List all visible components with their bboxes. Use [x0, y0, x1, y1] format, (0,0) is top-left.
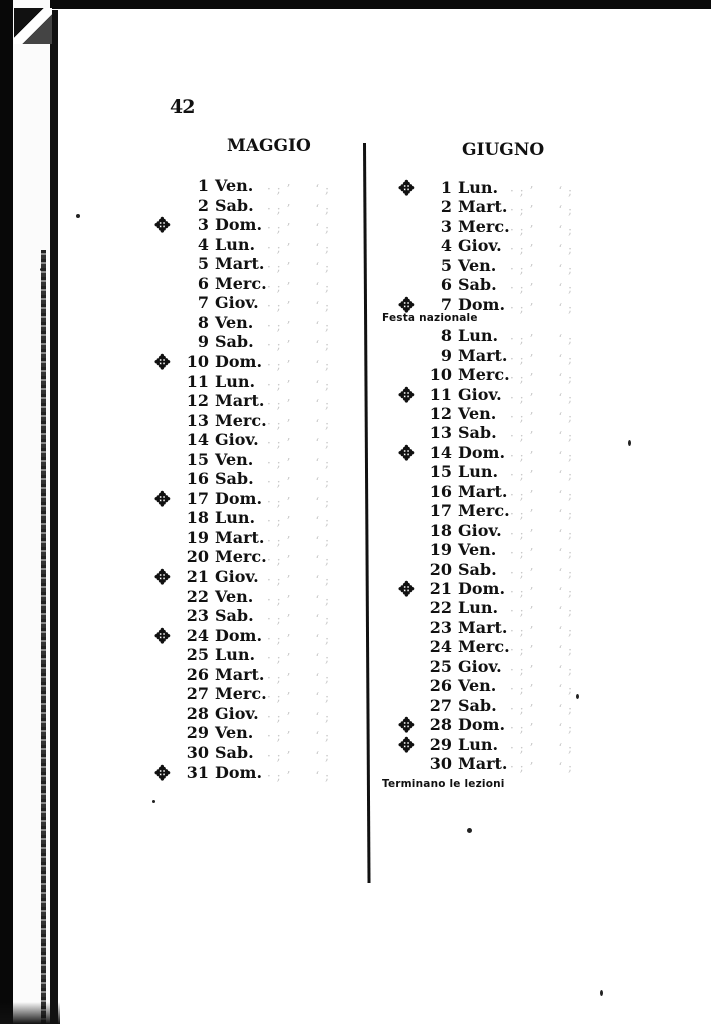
weekday-abbrev: Giov.: [215, 430, 259, 450]
weekday-abbrev: Merc.: [215, 547, 267, 567]
day-number: 2: [422, 197, 452, 217]
weekday-abbrev: Lun.: [215, 372, 255, 392]
weekday-abbrev: Lun.: [458, 598, 498, 618]
weekday-abbrev: Mart.: [215, 665, 264, 685]
weekday-abbrev: Ven.: [215, 313, 253, 333]
weekday-abbrev: Ven.: [215, 723, 253, 743]
weekday-abbrev: Lun.: [215, 645, 255, 665]
day-number: 24: [179, 626, 209, 646]
bleed-through-text: · ; ’ ‘ ;: [267, 394, 330, 414]
weekday-abbrev: Giov.: [215, 293, 259, 313]
holiday-cross-icon: ✥: [398, 385, 415, 405]
day-number: 4: [179, 235, 209, 255]
weekday-abbrev: Dom.: [458, 715, 505, 735]
bleed-through-text: · ; ’ ‘ ;: [267, 375, 330, 395]
day-number: 21: [422, 579, 452, 599]
scan-speck: [576, 694, 579, 699]
bleed-through-text: · ; ’ ‘ ;: [267, 238, 330, 258]
weekday-abbrev: Ven.: [458, 256, 496, 276]
bleed-through-text: · ; ’ ‘ ;: [267, 668, 330, 688]
bleed-through-text: · ; ’ ‘ ;: [510, 660, 573, 680]
day-number: 1: [179, 176, 209, 196]
bleed-through-text: · ; ’ ‘ ;: [510, 329, 573, 349]
weekday-abbrev: Dom.: [215, 489, 262, 509]
day-number: 4: [422, 236, 452, 256]
bleed-through-text: · ; ’ ‘ ;: [267, 726, 330, 746]
weekday-abbrev: Giov.: [215, 704, 259, 724]
scan-bottom-shadow: [0, 1002, 60, 1024]
bleed-through-text: · ; ’ ‘ ;: [510, 220, 573, 240]
weekday-abbrev: Mart.: [215, 528, 264, 548]
page-number: 42: [170, 96, 194, 118]
bleed-through-text: · ; ’ ‘ ;: [267, 179, 330, 199]
weekday-abbrev: Sab.: [215, 606, 254, 626]
weekday-abbrev: Dom.: [458, 443, 505, 463]
weekday-abbrev: Sab.: [458, 696, 497, 716]
weekday-abbrev: Sab.: [458, 423, 497, 443]
weekday-abbrev: Giov.: [458, 236, 502, 256]
bleed-through-text: · ; ’ ‘ ;: [267, 531, 330, 551]
weekday-abbrev: Mart.: [458, 618, 507, 638]
day-number: 18: [179, 508, 209, 528]
day-number: 3: [179, 215, 209, 235]
day-number: 13: [422, 423, 452, 443]
bleed-through-text: · ; ’ ‘ ;: [267, 316, 330, 336]
day-number: 29: [179, 723, 209, 743]
bleed-through-text: · ; ’ ‘ ;: [510, 679, 573, 699]
bleed-through-text: · ; ’ ‘ ;: [267, 707, 330, 727]
month-title-giugno: GIUGNO: [462, 140, 544, 160]
column-divider: [363, 143, 371, 883]
day-number: 31: [179, 763, 209, 783]
day-number: 20: [422, 560, 452, 580]
bleed-through-text: · ; ’ ‘ ;: [267, 511, 330, 531]
weekday-abbrev: Sab.: [458, 275, 497, 295]
day-number: 26: [422, 676, 452, 696]
day-number: 1: [422, 178, 452, 198]
bleed-through-text: · ; ’ ‘ ;: [267, 629, 330, 649]
day-number: 25: [179, 645, 209, 665]
day-number: 30: [422, 754, 452, 774]
bleed-through-text: · ; ’ ‘ ;: [267, 687, 330, 707]
weekday-abbrev: Lun.: [215, 235, 255, 255]
weekday-abbrev: Mart.: [215, 254, 264, 274]
scan-speck: [600, 990, 603, 996]
weekday-abbrev: Mart.: [215, 391, 264, 411]
holiday-cross-icon: ✥: [154, 489, 171, 509]
day-number: 16: [422, 482, 452, 502]
day-number: 14: [179, 430, 209, 450]
bleed-through-text: · ; ’ ‘ ;: [510, 239, 573, 259]
day-number: 11: [179, 372, 209, 392]
bleed-through-text: · ; ’ ‘ ;: [267, 570, 330, 590]
day-number: 19: [179, 528, 209, 548]
day-number: 29: [422, 735, 452, 755]
weekday-abbrev: Lun.: [458, 462, 498, 482]
weekday-abbrev: Ven.: [458, 404, 496, 424]
bleed-through-text: · ; ’ ‘ ;: [267, 472, 330, 492]
day-number: 17: [179, 489, 209, 509]
day-number: 15: [422, 462, 452, 482]
day-number: 6: [422, 275, 452, 295]
bleed-through-text: · ; ’ ‘ ;: [267, 335, 330, 355]
day-number: 14: [422, 443, 452, 463]
day-number: 10: [179, 352, 209, 372]
holiday-cross-icon: ✥: [398, 735, 415, 755]
bleed-through-text: · ; ’ ‘ ;: [267, 648, 330, 668]
day-number: 28: [179, 704, 209, 724]
weekday-abbrev: Merc.: [458, 365, 510, 385]
weekday-abbrev: Mart.: [458, 346, 507, 366]
day-number: 18: [422, 521, 452, 541]
day-number: 21: [179, 567, 209, 587]
weekday-abbrev: Dom.: [458, 579, 505, 599]
holiday-cross-icon: ✥: [398, 443, 415, 463]
bleed-through-text: · ; ’ ‘ ;: [510, 465, 573, 485]
scan-speck: [152, 800, 155, 803]
page-corner-fold: [14, 8, 52, 44]
scan-speck: [467, 828, 472, 833]
weekday-abbrev: Merc.: [458, 217, 510, 237]
bleed-through-text: · ; ’ ‘ ;: [510, 640, 573, 660]
bleed-through-text: · ; ’ ‘ ;: [510, 563, 573, 583]
bleed-through-text: · ; ’ ‘ ;: [267, 257, 330, 277]
page-fold-line: [41, 250, 46, 1024]
holiday-cross-icon: ✥: [154, 626, 171, 646]
bleed-through-text: · ; ’ ‘ ;: [510, 426, 573, 446]
weekday-abbrev: Mart.: [458, 482, 507, 502]
footer-note-terminano-le-lezioni: Terminano le lezioni: [382, 778, 505, 790]
weekday-abbrev: Ven.: [215, 450, 253, 470]
day-number: 25: [422, 657, 452, 677]
weekday-abbrev: Dom.: [215, 763, 262, 783]
weekday-abbrev: Merc.: [215, 274, 267, 294]
day-number: 24: [422, 637, 452, 657]
day-number: 9: [422, 346, 452, 366]
book-spine-edge: [0, 0, 13, 1024]
holiday-cross-icon: ✥: [154, 567, 171, 587]
holiday-cross-icon: ✥: [398, 579, 415, 599]
bleed-through-text: · ; ’ ‘ ;: [267, 355, 330, 375]
day-number: 26: [179, 665, 209, 685]
day-number: 6: [179, 274, 209, 294]
weekday-abbrev: Sab.: [215, 196, 254, 216]
day-number: 27: [422, 696, 452, 716]
day-number: 20: [179, 547, 209, 567]
bleed-through-text: · ; ’ ‘ ;: [510, 200, 573, 220]
bleed-through-text: · ; ’ ‘ ;: [510, 543, 573, 563]
scan-speck: [76, 214, 80, 218]
weekday-abbrev: Giov.: [458, 521, 502, 541]
bleed-through-text: · ; ’ ‘ ;: [510, 601, 573, 621]
day-number: 23: [422, 618, 452, 638]
weekday-abbrev: Giov.: [458, 657, 502, 677]
holiday-cross-icon: ✥: [154, 352, 171, 372]
bleed-through-text: · ; ’ ‘ ;: [267, 433, 330, 453]
weekday-abbrev: Ven.: [458, 540, 496, 560]
scan-speck: [40, 268, 44, 271]
day-number: 30: [179, 743, 209, 763]
weekday-abbrev: Merc.: [215, 411, 267, 431]
day-number: 7: [179, 293, 209, 313]
bleed-through-text: · ; ’ ‘ ;: [510, 699, 573, 719]
bleed-through-text: · ; ’ ‘ ;: [267, 296, 330, 316]
day-number: 23: [179, 606, 209, 626]
bleed-through-text: · ; ’ ‘ ;: [267, 453, 330, 473]
bleed-through-text: · ; ’ ‘ ;: [267, 414, 330, 434]
bleed-through-text: · ; ’ ‘ ;: [510, 718, 573, 738]
weekday-abbrev: Sab.: [458, 560, 497, 580]
bleed-through-text: · ; ’ ‘ ;: [510, 582, 573, 602]
weekday-abbrev: Giov.: [215, 567, 259, 587]
weekday-abbrev: Mart.: [458, 754, 507, 774]
bleed-through-text: · ; ’ ‘ ;: [510, 259, 573, 279]
bleed-through-text: · ; ’ ‘ ;: [510, 278, 573, 298]
weekday-abbrev: Lun.: [458, 326, 498, 346]
day-number: 12: [422, 404, 452, 424]
day-number: 19: [422, 540, 452, 560]
day-number: 27: [179, 684, 209, 704]
holiday-cross-icon: ✥: [398, 178, 415, 198]
bleed-through-text: · ; ’ ‘ ;: [267, 550, 330, 570]
page-inner-edge: [50, 10, 58, 1024]
day-number: 13: [179, 411, 209, 431]
weekday-abbrev: Lun.: [458, 178, 498, 198]
weekday-abbrev: Lun.: [215, 508, 255, 528]
bleed-through-text: · ; ’ ‘ ;: [267, 590, 330, 610]
day-number: 8: [179, 313, 209, 333]
weekday-abbrev: Giov.: [458, 385, 502, 405]
bleed-through-text: · ; ’ ‘ ;: [510, 388, 573, 408]
weekday-abbrev: Merc.: [458, 501, 510, 521]
day-number: 17: [422, 501, 452, 521]
day-number: 5: [179, 254, 209, 274]
bleed-through-text: · ; ’ ‘ ;: [510, 738, 573, 758]
weekday-abbrev: Merc.: [215, 684, 267, 704]
day-number: 3: [422, 217, 452, 237]
bleed-through-text: · ; ’ ‘ ;: [510, 368, 573, 388]
bleed-through-text: · ; ’ ‘ ;: [510, 524, 573, 544]
bleed-through-text: · ; ’ ‘ ;: [510, 485, 573, 505]
weekday-abbrev: Lun.: [458, 735, 498, 755]
day-number: 2: [179, 196, 209, 216]
day-number: 8: [422, 326, 452, 346]
scan-speck: [628, 440, 631, 446]
bleed-through-text: · ; ’ ‘ ;: [510, 407, 573, 427]
day-number: 15: [179, 450, 209, 470]
day-annotation: Festa nazionale: [382, 312, 478, 324]
day-number: 16: [179, 469, 209, 489]
day-number: 5: [422, 256, 452, 276]
day-number: 10: [422, 365, 452, 385]
month-title-maggio: MAGGIO: [227, 136, 311, 156]
bleed-through-text: · ; ’ ‘ ;: [510, 504, 573, 524]
bleed-through-text: · ; ’ ‘ ;: [510, 621, 573, 641]
holiday-cross-icon: ✥: [154, 763, 171, 783]
bleed-through-text: · ; ’ ‘ ;: [267, 277, 330, 297]
bleed-through-text: · ; ’ ‘ ;: [267, 746, 330, 766]
weekday-abbrev: Mart.: [458, 197, 507, 217]
weekday-abbrev: Sab.: [215, 332, 254, 352]
day-number: 22: [179, 587, 209, 607]
bleed-through-text: · ; ’ ‘ ;: [267, 492, 330, 512]
bleed-through-text: · ; ’ ‘ ;: [267, 766, 330, 786]
bleed-through-text: · ; ’ ‘ ;: [267, 199, 330, 219]
weekday-abbrev: Dom.: [215, 215, 262, 235]
holiday-cross-icon: ✥: [154, 215, 171, 235]
weekday-abbrev: Ven.: [458, 676, 496, 696]
bleed-through-text: · ; ’ ‘ ;: [510, 446, 573, 466]
bleed-through-text: · ; ’ ‘ ;: [510, 181, 573, 201]
day-number: 28: [422, 715, 452, 735]
weekday-abbrev: Dom.: [215, 626, 262, 646]
day-number: 12: [179, 391, 209, 411]
weekday-abbrev: Sab.: [215, 469, 254, 489]
day-number: 22: [422, 598, 452, 618]
weekday-abbrev: Sab.: [215, 743, 254, 763]
day-number: 9: [179, 332, 209, 352]
bleed-through-text: · ; ’ ‘ ;: [510, 757, 573, 777]
day-number: 11: [422, 385, 452, 405]
scan-top-edge: [0, 0, 711, 9]
weekday-abbrev: Merc.: [458, 637, 510, 657]
bleed-through-text: · ; ’ ‘ ;: [510, 349, 573, 369]
bleed-through-text: · ; ’ ‘ ;: [267, 609, 330, 629]
bleed-through-text: · ; ’ ‘ ;: [267, 218, 330, 238]
weekday-abbrev: Ven.: [215, 587, 253, 607]
weekday-abbrev: Dom.: [215, 352, 262, 372]
weekday-abbrev: Ven.: [215, 176, 253, 196]
bleed-through-text: · ; ’ ‘ ;: [510, 298, 573, 318]
